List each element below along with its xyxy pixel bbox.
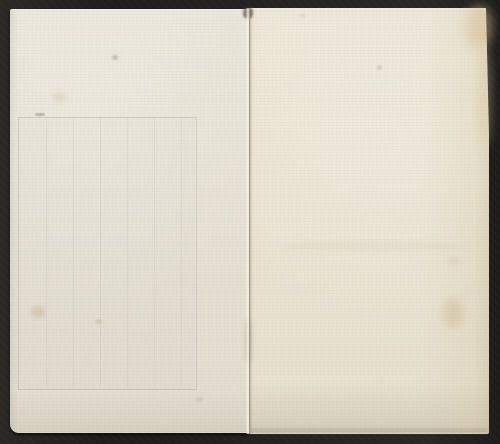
show-through-column-line xyxy=(73,118,74,389)
show-through-column-line xyxy=(154,118,155,389)
show-through-column-line xyxy=(100,118,101,389)
right-page xyxy=(249,8,489,434)
scanner-background xyxy=(0,0,500,444)
show-through-column-line xyxy=(46,118,47,389)
show-through-column-line xyxy=(127,118,128,389)
show-through-column-line xyxy=(181,118,182,389)
show-through-table-outline xyxy=(18,117,197,390)
center-fold xyxy=(246,8,252,434)
